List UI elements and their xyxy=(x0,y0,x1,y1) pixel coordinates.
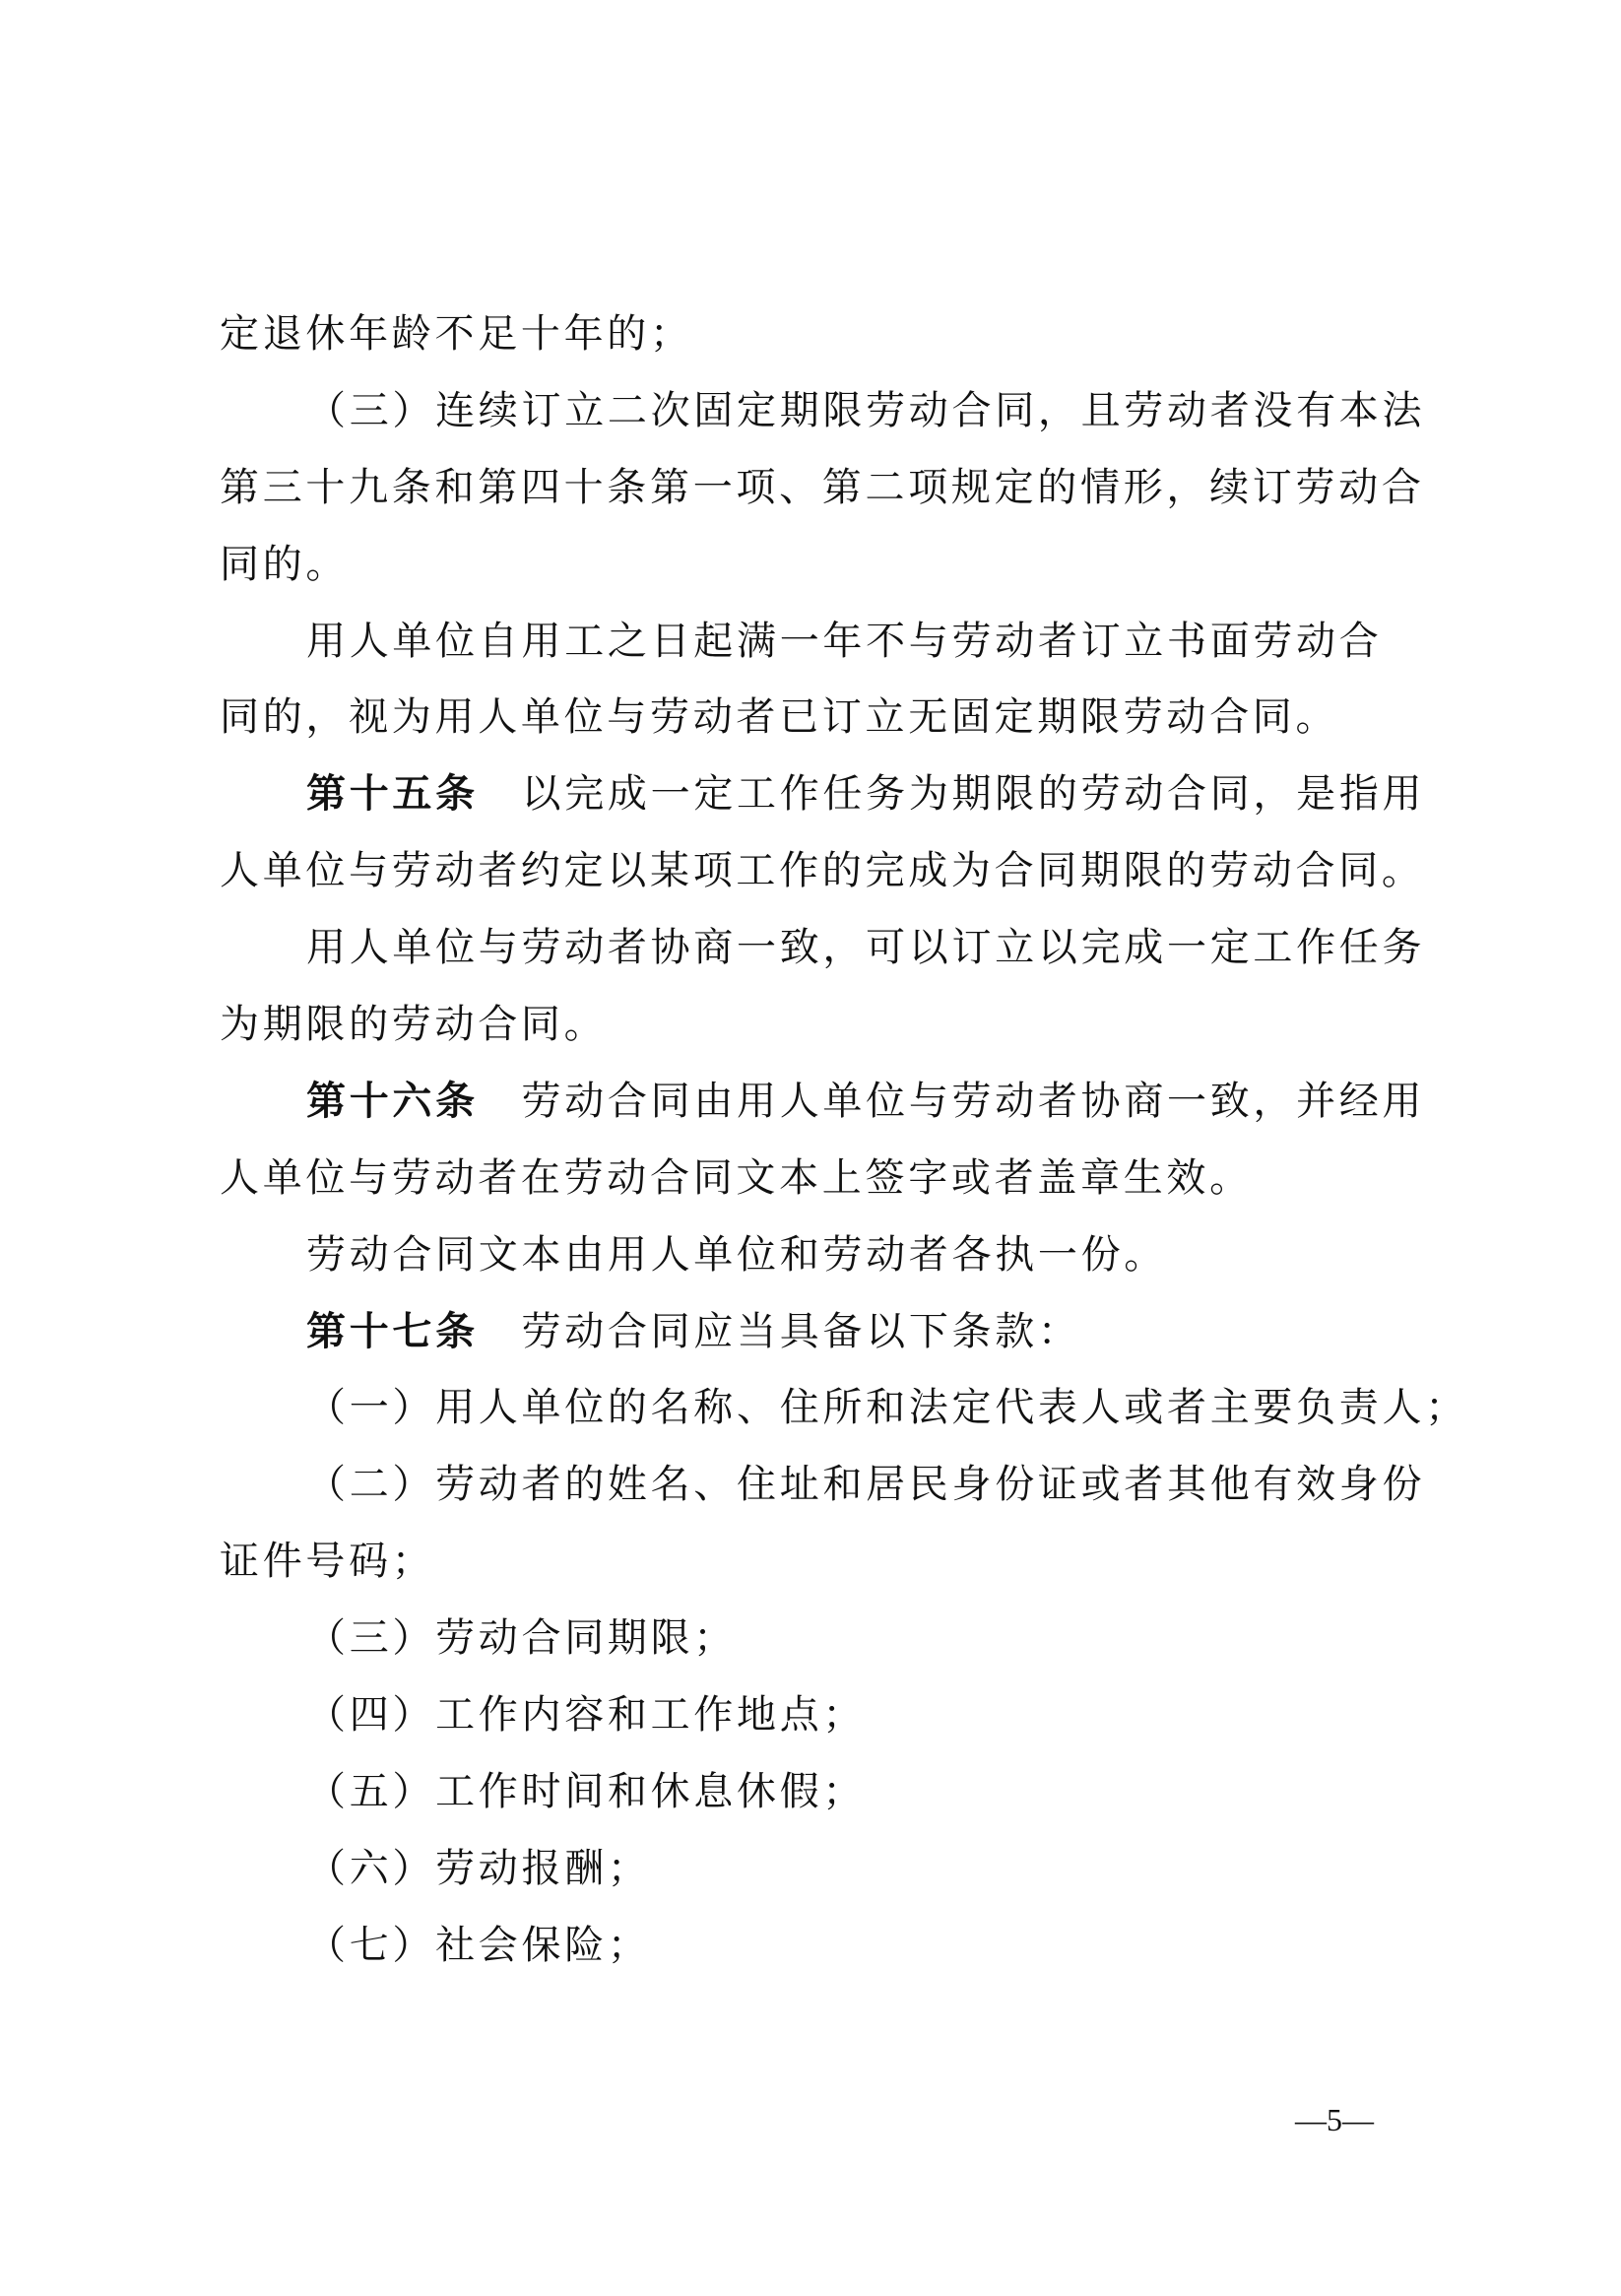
text-line: 为期限的劳动合同。 xyxy=(220,987,1441,1064)
text-line: （三）连续订立二次固定期限劳动合同，且劳动者没有本法 xyxy=(220,373,1441,450)
article-separator xyxy=(479,1309,522,1354)
list-item: （五）工作时间和休息休假； xyxy=(220,1754,1441,1831)
text-line: 人单位与劳动者约定以某项工作的完成为合同期限的劳动合同。 xyxy=(220,833,1441,910)
article-text: 劳动合同由用人单位与劳动者协商一致，并经用 xyxy=(522,1079,1426,1124)
article-heading-17: 第十七条 xyxy=(306,1309,479,1354)
article-17-line: 第十七条 劳动合同应当具备以下条款： xyxy=(220,1294,1441,1371)
text-line: 第三十九条和第四十条第一项、第二项规定的情形，续订劳动合 xyxy=(220,450,1441,527)
list-item: （二）劳动者的姓名、住址和居民身份证或者其他有效身份 xyxy=(220,1447,1441,1524)
article-text: 劳动合同应当具备以下条款： xyxy=(522,1309,1081,1354)
list-item: （一）用人单位的名称、住所和法定代表人或者主要负责人； xyxy=(220,1370,1441,1447)
article-16-line: 第十六条 劳动合同由用人单位与劳动者协商一致，并经用 xyxy=(220,1064,1441,1141)
text-line: 劳动合同文本由用人单位和劳动者各执一份。 xyxy=(220,1217,1441,1294)
document-body: 定退休年龄不足十年的； （三）连续订立二次固定期限劳动合同，且劳动者没有本法 第… xyxy=(220,296,1441,1985)
page-number: —5— xyxy=(1280,2098,1389,2141)
text-line: 同的，视为用人单位与劳动者已订立无固定期限劳动合同。 xyxy=(220,680,1441,756)
list-item: （七）社会保险； xyxy=(220,1908,1441,1985)
list-item: （三）劳动合同期限； xyxy=(220,1601,1441,1677)
document-page: 定退休年龄不足十年的； （三）连续订立二次固定期限劳动合同，且劳动者没有本法 第… xyxy=(0,0,1621,2296)
article-separator xyxy=(479,1079,522,1124)
text-line: 用人单位自用工之日起满一年不与劳动者订立书面劳动合 xyxy=(220,604,1441,681)
article-heading-15: 第十五条 xyxy=(306,771,479,817)
list-item: （四）工作内容和工作地点； xyxy=(220,1677,1441,1754)
list-item: （六）劳动报酬； xyxy=(220,1831,1441,1908)
text-line: 同的。 xyxy=(220,527,1441,604)
text-line: 人单位与劳动者在劳动合同文本上签字或者盖章生效。 xyxy=(220,1141,1441,1217)
text-line: 定退休年龄不足十年的； xyxy=(220,296,1441,373)
text-line: 用人单位与劳动者协商一致，可以订立以完成一定工作任务 xyxy=(220,910,1441,987)
article-separator xyxy=(479,771,522,817)
article-text: 以完成一定工作任务为期限的劳动合同，是指用 xyxy=(522,771,1426,817)
article-heading-16: 第十六条 xyxy=(306,1079,479,1124)
article-15-line: 第十五条 以完成一定工作任务为期限的劳动合同，是指用 xyxy=(220,756,1441,833)
list-item-continuation: 证件号码； xyxy=(220,1524,1441,1601)
